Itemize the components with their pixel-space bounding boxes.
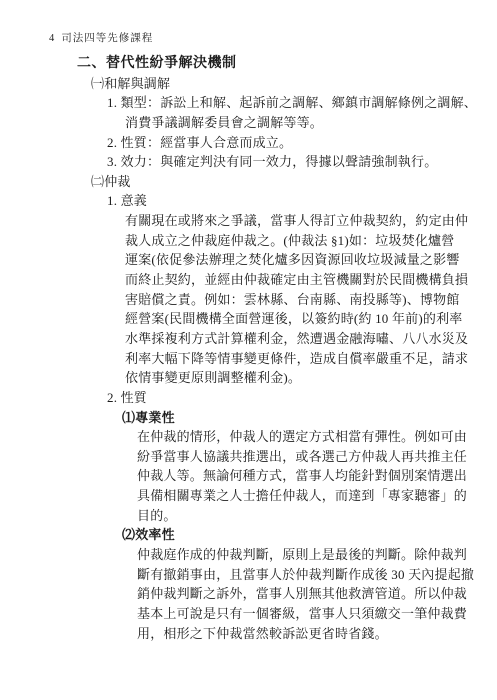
paragraph-line: 而終止契約，並經由仲裁確定由主管機關對於民間機構負損: [0, 270, 497, 290]
paragraph-line: 用，相形之下仲裁當然較訴訟更省時省錢。: [0, 624, 497, 644]
arbitration-meaning-heading: 1. 意義: [0, 191, 497, 211]
paragraph-line: 仲裁人等。無論何種方式，當事人均能針對個別案情選出: [0, 466, 497, 486]
running-title: 司法四等先修課程: [61, 33, 153, 44]
paragraph-line: 基本上可說是只有一個審級，當事人只須繳交一筆仲裁費: [0, 604, 497, 624]
paragraph-line: 有關現在或將來之爭議，當事人得訂立仲裁契約，約定由仲: [0, 211, 497, 231]
page-content: 二、替代性紛爭解決機制 ㈠和解與調解 1. 類型：訴訟上和解、起訴前之調解、鄉鎮…: [0, 54, 497, 643]
paragraph-line: 銷仲裁判斷之訴外，當事人別無其他救濟管道。所以仲裁: [0, 584, 497, 604]
paragraph-line: 水準採複利方式計算權利金，然遭遇金融海嘯、八八水災及: [0, 329, 497, 349]
paragraph-line: 在仲裁的情形，仲裁人的選定方式相當有彈性。例如可由: [0, 427, 497, 447]
efficiency-subheading: ⑵效率性: [0, 525, 497, 545]
paragraph-line: 紛爭當事人協議共推選出，或各選己方仲裁人再共推主任: [0, 447, 497, 467]
paragraph-line: 利率大幅下降等情事變更條件，造成自償率嚴重不足，請求: [0, 349, 497, 369]
paragraph-line: 仲裁庭作成的仲裁判斷，原則上是最後的判斷。除仲裁判: [0, 545, 497, 565]
paragraph-line: 裁人成立之仲裁庭仲裁之。(仲裁法 §1)如：垃圾焚化爐營: [0, 231, 497, 251]
paragraph-line: 具備相關專業之人士擔任仲裁人，而達到「專家聽審」的: [0, 486, 497, 506]
page-header: 4司法四等先修課程: [49, 30, 153, 45]
section-arbitration-heading: ㈡仲裁: [0, 172, 497, 192]
mediation-type-line: 1. 類型：訴訟上和解、起訴前之調解、鄉鎮市調解條例之調解、: [0, 93, 497, 113]
page-number: 4: [49, 33, 54, 44]
arbitration-nature-heading: 2. 性質: [0, 388, 497, 408]
paragraph-line: 依情事變更原則調整權利金)。: [0, 368, 497, 388]
section-mediation-heading: ㈠和解與調解: [0, 74, 497, 94]
paragraph-line: 害賠償之責。例如：雲林縣、台南縣、南投縣等)、博物館: [0, 290, 497, 310]
mediation-effect-line: 3. 效力：與確定判決有同一效力，得據以聲請強制執行。: [0, 152, 497, 172]
professional-subheading: ⑴專業性: [0, 408, 497, 428]
paragraph-line: 斷有撤銷事由，且當事人於仲裁判斷作成後 30 天內提起撤: [0, 565, 497, 585]
document-page: 4司法四等先修課程 二、替代性紛爭解決機制 ㈠和解與調解 1. 類型：訴訟上和解…: [0, 0, 497, 700]
main-heading: 二、替代性紛爭解決機制: [0, 54, 497, 74]
mediation-type-line: 消費爭議調解委員會之調解等等。: [0, 113, 497, 133]
mediation-nature-line: 2. 性質：經當事人合意而成立。: [0, 133, 497, 153]
paragraph-line: 目的。: [0, 506, 497, 526]
paragraph-line: 運案(依促參法辦理之焚化爐多因資源回收垃圾減量之影響: [0, 250, 497, 270]
paragraph-line: 經營案(民間機構全面營運後，以簽約時(約 10 年前)的利率: [0, 309, 497, 329]
